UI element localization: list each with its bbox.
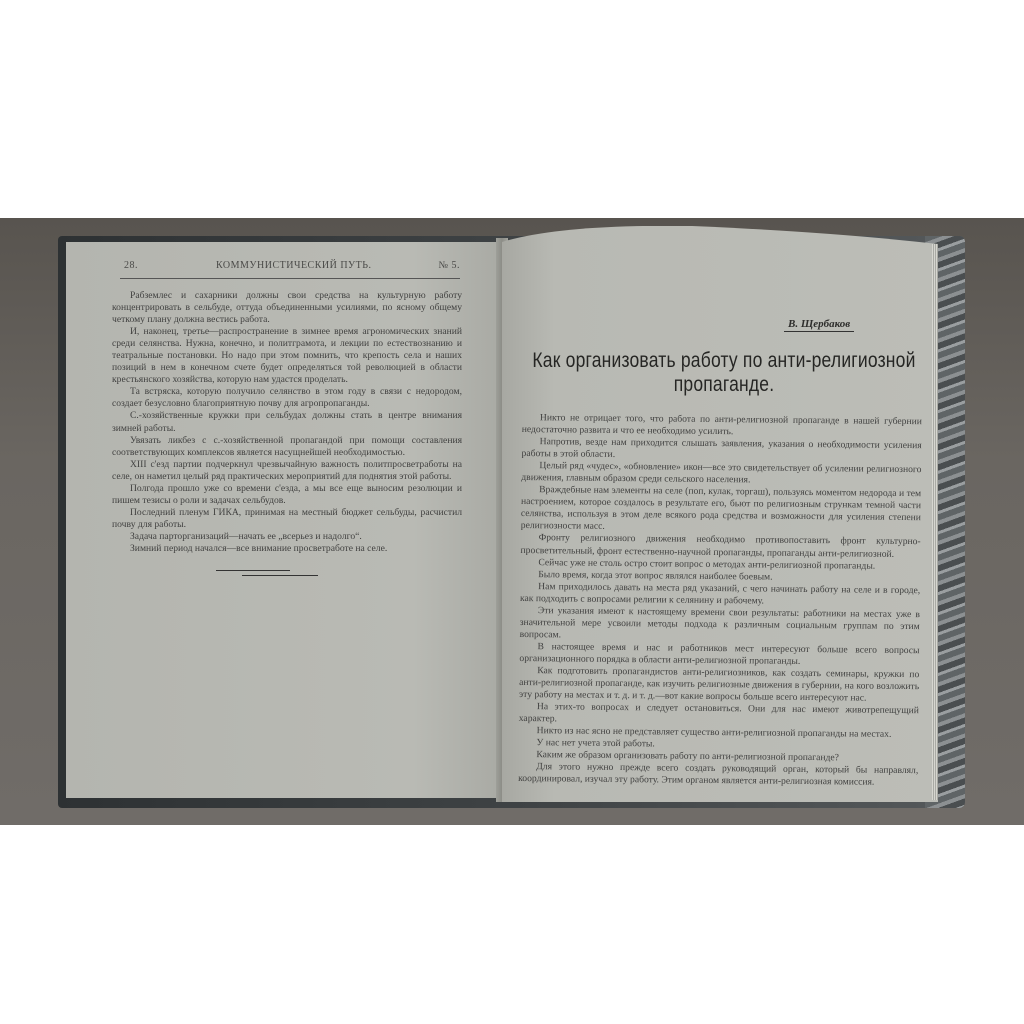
paragraph: Последний пленум ГИКА, принимая на местн… (112, 507, 462, 531)
paragraph: Рабземлес и сахарники должны свои средст… (112, 290, 462, 326)
paragraph: Как подготовить пропагандистов анти-рели… (519, 665, 919, 705)
paragraph: Фронту религиозного движения необходимо … (520, 532, 920, 560)
article-title: Как организовать работу по анти-религиоз… (524, 348, 924, 396)
paragraph: Полгода прошло уже со времени с'езда, а … (112, 483, 462, 507)
end-rule-1 (216, 570, 290, 571)
paragraph: И, наконец, третье—распространение в зим… (112, 326, 462, 386)
left-body-text: Рабземлес и сахарники должны свои средст… (112, 290, 462, 555)
left-page: 28. КОММУНИСТИЧЕСКИЙ ПУТЬ. № 5. Рабземле… (66, 242, 500, 798)
running-head: 28. КОММУНИСТИЧЕСКИЙ ПУТЬ. № 5. (124, 260, 460, 274)
paragraph: Увязать ликбез с с.-хозяйственной пропаг… (112, 435, 462, 459)
page-edges (932, 244, 938, 800)
paragraph: Та встряска, которую получило селянство … (112, 386, 462, 410)
right-page: В. Щербаков Как организовать работу по а… (502, 226, 938, 802)
end-rule-2 (242, 575, 318, 576)
issue-number: № 5. (438, 260, 460, 271)
author-name: В. Щербаков (784, 318, 854, 332)
article-title-line2: пропаганде. (524, 372, 924, 396)
header-rule (120, 278, 460, 279)
paragraph: XIII с'езд партии подчеркнул чрезвычайну… (112, 459, 462, 483)
journal-title: КОММУНИСТИЧЕСКИЙ ПУТЬ. (216, 260, 372, 271)
page-number: 28. (124, 260, 138, 271)
paragraph: Зимний период начался—все внимание просв… (112, 543, 462, 555)
paragraph: Враждебные нам элементы на селе (поп, ку… (521, 484, 921, 536)
paragraph: С.-хозяйственные кружки при сельбудах до… (112, 410, 462, 434)
right-body-text: Никто не отрицает того, что работа по ан… (518, 412, 922, 790)
paragraph: Для этого нужно прежде всего создать рук… (518, 761, 918, 789)
paragraph: Эти указания имеют к настоящему времени … (520, 605, 920, 645)
paragraph: Задача парторганизаций—начать ее „всерье… (112, 531, 462, 543)
article-title-line1: Как организовать работу по анти-религиоз… (524, 348, 924, 372)
